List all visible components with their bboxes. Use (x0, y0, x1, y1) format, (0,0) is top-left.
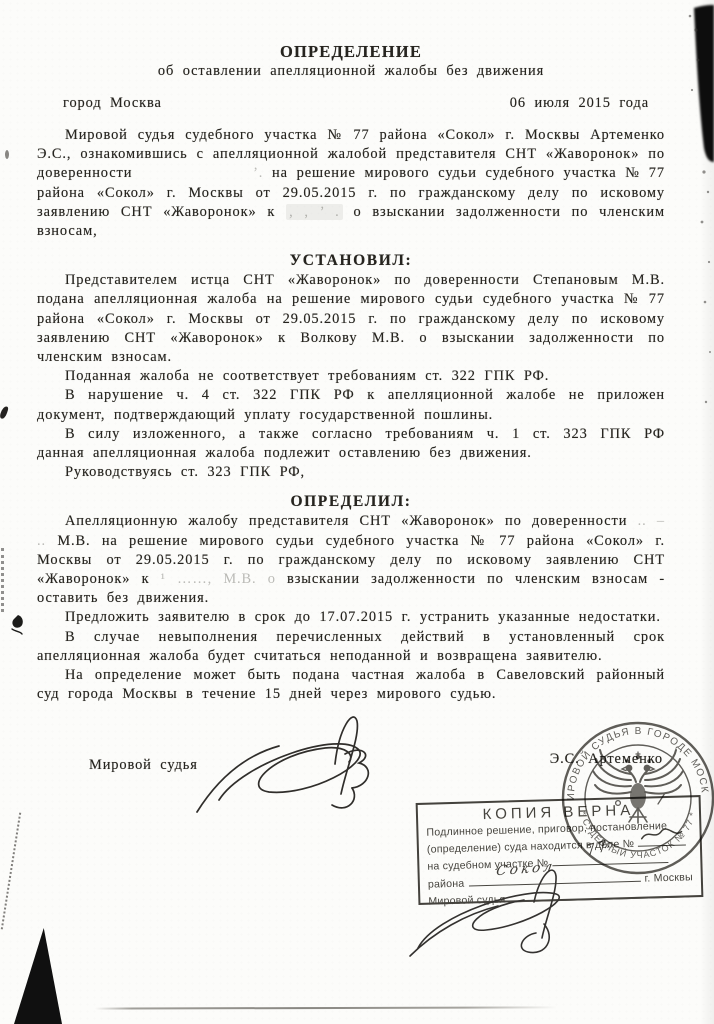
ruling-text-1: Апелляционную жалобу представителя СНТ «… (65, 513, 627, 529)
established-paragraph-2: Поданная жалоба не соответствует требова… (37, 367, 665, 386)
ruling-paragraph-3: В случае невыполнения перечисленных дейс… (37, 628, 665, 666)
place-date-line: город Москва 06 июля 2015 года (37, 94, 665, 113)
ruling-paragraph-2: Предложить заявителю в срок до 17.07.201… (37, 608, 665, 627)
round-seal: МИРОВОЙ СУДЬЯ В ГОРОДЕ МОСКВЕ * СУДЕБНЫЙ… (558, 718, 714, 878)
signature-label: Мировой судья (89, 756, 198, 775)
ruling-paragraph-4: На определение может быть подана частная… (37, 666, 665, 704)
erased-mark: ’. (253, 165, 263, 181)
ruling-paragraph-1: Апелляционную жалобу представителя СНТ «… (37, 512, 665, 608)
ink-speck-left-upper (5, 150, 9, 159)
ink-blot-left (9, 613, 27, 637)
scan-dotted-streak (1, 813, 21, 930)
double-headed-eagle-icon (593, 750, 683, 823)
established-paragraph-5: Руководствуясь ст. 323 ГПК РФ, (37, 463, 665, 482)
ink-speck-left (0, 405, 9, 419)
document-subtitle: об оставлении апелляционной жалобы без д… (37, 62, 665, 81)
erased-defendant-name-2: ¹ ……, М.В. о (161, 571, 276, 587)
scan-fold-line-bottom (95, 1006, 557, 1009)
document-title: ОПРЕДЕЛЕНИЕ (37, 42, 665, 62)
place-label: город Москва (37, 94, 162, 113)
judge-signature-stroke (189, 704, 399, 822)
section-heading-ruled: ОПРЕДЕЛИЛ: (37, 491, 665, 512)
intro-paragraph: Мировой судья судебного участка № 77 рай… (37, 126, 665, 241)
established-paragraph-1: Представителем истца СНТ «Жаворонок» по … (37, 271, 665, 367)
established-paragraph-4: В силу изложенного, а также согласно тре… (37, 425, 665, 463)
erased-defendant-name: , , ’ . (286, 204, 343, 220)
scan-edge-dashes (1, 548, 4, 612)
scan-smudge-top-right (652, 0, 714, 440)
date-label: 06 июля 2015 года (510, 94, 665, 113)
established-paragraph-3: В нарушение ч. 4 ст. 322 ГПК РФ к апелля… (37, 386, 665, 424)
scan-corner-shadow (14, 928, 62, 1024)
scanned-court-order-page: ОПРЕДЕЛЕНИЕ об оставлении апелляционной … (0, 0, 714, 1024)
certification-signature-stroke (404, 856, 609, 964)
section-heading-established: УСТАНОВИЛ: (37, 250, 665, 271)
document-text: ОПРЕДЕЛЕНИЕ об оставлении апелляционной … (37, 42, 665, 832)
